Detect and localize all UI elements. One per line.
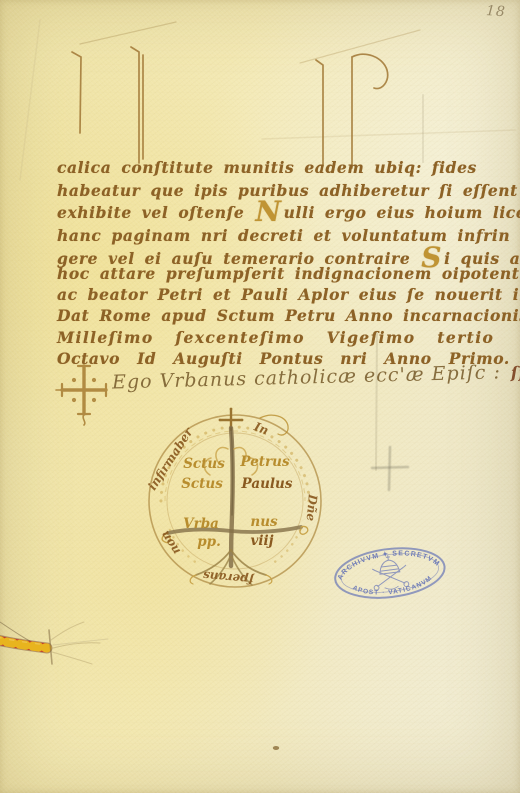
manuscript-text-segment: ulli ergo eius hoium liceat xyxy=(284,203,520,222)
rota-inner-word: pp. xyxy=(197,534,221,550)
rota-rim-word: Dñe xyxy=(304,493,320,522)
rota-inner-word: nus xyxy=(250,514,278,530)
manuscript-text-segment: habeatur que ipis puribus adhiberetur ſi… xyxy=(57,181,518,200)
manuscript-text-segment: exhibite vel oſtenſe xyxy=(57,203,254,222)
rota-inner-word: Sctus xyxy=(181,476,223,492)
manuscript-line: calica conſtitute munitis eadem ubiq: fi… xyxy=(57,158,477,181)
manuscript-line: exhibite vel oſtenſe Nulli ergo eius hoi… xyxy=(57,203,520,226)
manuscript-line: habeatur que ipis puribus adhiberetur ſi… xyxy=(57,181,518,204)
manuscript-text-segment: hoc attare preſumpſerit indignacionem oi… xyxy=(57,264,520,283)
signature-flourish-mark: ſſ. xyxy=(511,362,520,382)
manuscript-line: Dat Rome apud Sctum Petru Anno incarnaci… xyxy=(57,306,520,329)
rota-inner-word: Vrba xyxy=(183,516,219,532)
rota-inner-word: Petrus xyxy=(239,454,290,470)
manuscript-text-segment: calica conſtitute munitis eadem ubiq: fi… xyxy=(57,158,477,177)
manuscript-text-segment: Dat Rome apud Sctum Petru Anno incarnaci… xyxy=(57,306,520,325)
rota: InDñeſperansnoninfirmaber SctusPetrusSct… xyxy=(140,400,340,600)
rota-inner-word: Paulus xyxy=(241,476,293,492)
manuscript-line: hoc attare preſumpſerit indignacionem oi… xyxy=(57,264,520,287)
rota-inner-word: Sctus xyxy=(183,456,225,472)
manuscript-line: ac beator Petri et Pauli Aplor eius ſe n… xyxy=(57,285,520,308)
rota-inner-words: SctusPetrusSctusPaulusVrbanuspp.viij xyxy=(181,454,293,550)
parchment-page: 18 xyxy=(0,0,520,793)
manuscript-text-segment: Milleſimo ſexcenteſimo Vigeſimo tertio xyxy=(57,328,494,347)
manuscript-line: Milleſimo ſexcenteſimo Vigeſimo tertio xyxy=(57,328,494,351)
manuscript-text-segment: ac beator Petri et Pauli Aplor eius ſe n… xyxy=(57,285,520,304)
subscription-cross xyxy=(52,352,116,426)
rota-inner-word: viij xyxy=(251,533,274,549)
